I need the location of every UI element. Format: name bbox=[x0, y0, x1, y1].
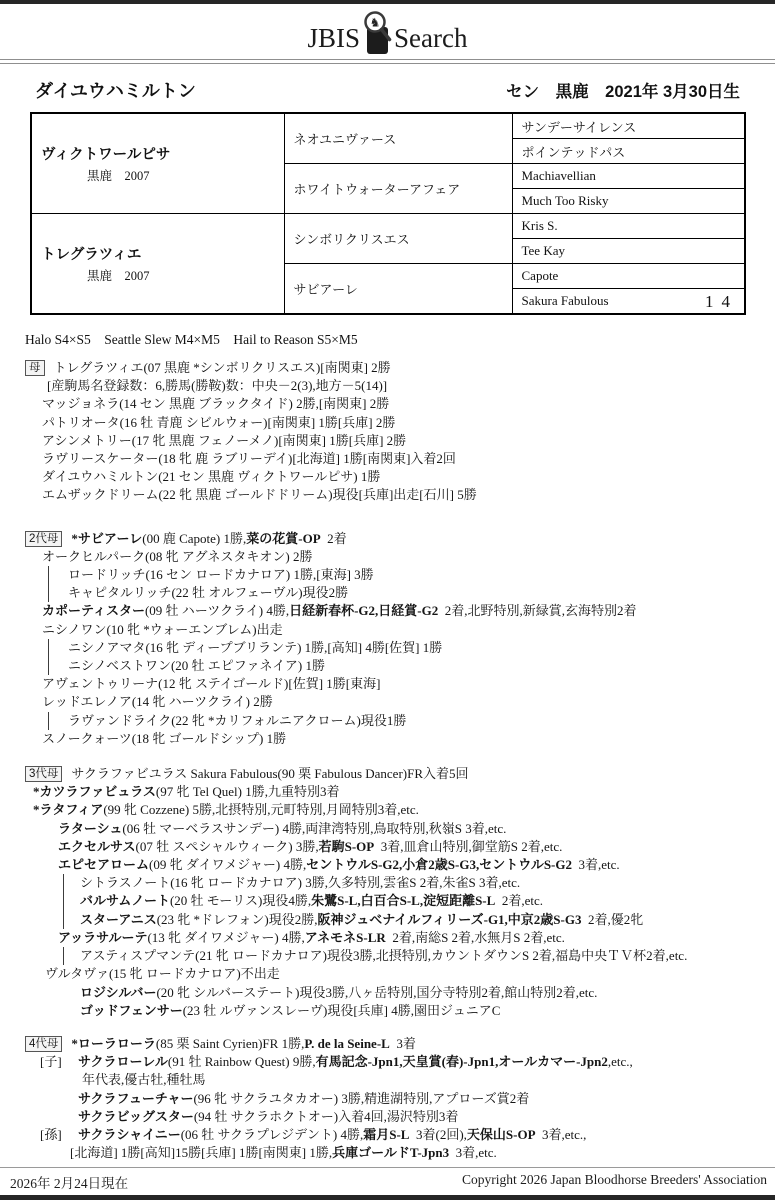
section-second-dam: 2代母*サビアーレ(00 鹿 Capote) 1勝,菜の花賞-OP 2着オークヒ… bbox=[0, 530, 775, 748]
section-fourth-dam: 4代母*ローラローラ(85 栗 Saint Cyrien)FR 1勝,P. de… bbox=[0, 1035, 775, 1162]
tree-rail bbox=[48, 639, 49, 657]
pedigree-cell-dam-dam-dam: Sakura Fabulous 14 bbox=[512, 289, 745, 315]
plain-text: (00 鹿 Capote) 1勝, bbox=[142, 531, 246, 546]
pedigree-cell-sire-dam-dam: Much Too Risky bbox=[512, 189, 745, 214]
generation-label: 4代母 bbox=[25, 1036, 62, 1052]
emphasized-text: エクセルサス bbox=[58, 839, 135, 854]
plain-text: (85 栗 Saint Cyrien)FR 1勝, bbox=[156, 1036, 304, 1051]
plain-text: ニシノアマタ(16 牝 ディープブリランテ) 1勝,[高知] 4勝[佐賀] 1勝 bbox=[68, 640, 442, 655]
bottom-rule-bar bbox=[0, 1195, 775, 1200]
pedigree-cell-dam: トレグラツィエ 黒鹿 2007 bbox=[31, 214, 284, 315]
plain-text: ダイユウハミルトン(21 セン 黒鹿 ヴィクトワールピサ) 1勝 bbox=[42, 469, 380, 484]
emphasized-text: 日経新春杯-G2,日経賞-G2 bbox=[289, 603, 438, 618]
pedigree-line: ロジシルバー(20 牝 シルバーステート)現役3勝,八ヶ岳特別,国分寺特別2着,… bbox=[0, 984, 775, 1002]
emphasized-text: 有馬記念-Jpn1,天皇賞(春)-Jpn1,オールカマー-Jpn2 bbox=[316, 1054, 608, 1069]
pedigree-line: スターアニス(23 牝 *ドレフォン)現役2勝,阪神ジュベナイルフィリーズ-G1… bbox=[0, 911, 775, 929]
emphasized-text: サクラビッグスター bbox=[78, 1109, 194, 1124]
relation-label: [孫] bbox=[40, 1126, 78, 1144]
pedigree-cell-sire-sire-dam: ポインテッドパス bbox=[512, 139, 745, 164]
plain-text: 3着,etc. bbox=[572, 857, 620, 872]
plain-text: トレグラツィエ(07 黒鹿 *シンボリクリスエス)[南関東] 2勝 bbox=[54, 360, 391, 375]
plain-text: (23 牡 ルヴァンスレーヴ)現役[兵庫] 4勝,園田ジュニアC bbox=[183, 1003, 501, 1018]
pedigree-line: ラターシュ(06 牡 マーベラスサンデー) 4勝,両津湾特別,鳥取特別,秋嶺S … bbox=[0, 820, 775, 838]
pedigree-line: エムザックドリーム(22 牝 黒鹿 ゴールドドリーム)現役[兵庫]出走[石川] … bbox=[0, 486, 775, 504]
pedigree-line: アスティスプマンテ(21 牝 ロードカナロア)現役3勝,北摂特別,カウントダウン… bbox=[0, 947, 775, 965]
pedigree-line: 母トレグラツィエ(07 黒鹿 *シンボリクリスエス)[南関東] 2勝 bbox=[0, 359, 775, 377]
pedigree-line: オークヒルパーク(08 牝 アグネスタキオン) 2勝 bbox=[0, 548, 775, 566]
emphasized-text: 霜月S-L bbox=[363, 1127, 409, 1142]
plain-text: 2着 bbox=[321, 531, 347, 546]
pedigree-line: ダイユウハミルトン(21 セン 黒鹿 ヴィクトワールピサ) 1勝 bbox=[0, 468, 775, 486]
plain-text: 3着,皿倉山特別,御堂筋S 2着,etc. bbox=[374, 839, 562, 854]
section-dam: 母トレグラツィエ(07 黒鹿 *シンボリクリスエス)[南関東] 2勝[産駒馬名登… bbox=[0, 359, 775, 505]
tree-rail bbox=[48, 566, 49, 584]
pedigree-line: ラヴリースケーター(18 牝 鹿 ラブリーデイ)[北海道] 1勝[南関東]入着2… bbox=[0, 450, 775, 468]
pedigree-line: キャピタルリッチ(22 牡 オルフェーヴル)現役2勝 bbox=[0, 584, 775, 602]
emphasized-text: エピセアローム bbox=[58, 857, 149, 872]
descendants: 母トレグラツィエ(07 黒鹿 *シンボリクリスエス)[南関東] 2勝[産駒馬名登… bbox=[0, 359, 775, 1162]
emphasized-text: 兵庫ゴールドT-Jpn3 bbox=[332, 1145, 449, 1160]
plain-text: (06 牡 サクラプレジデント) 4勝, bbox=[181, 1127, 364, 1142]
emphasized-text: 朱鷺S-L,白百合S-L,淀短距離S-L bbox=[311, 893, 495, 908]
pedigree-cell-dam-sire: シンボリクリスエス bbox=[284, 214, 512, 264]
pedigree-line: エピセアローム(09 牝 ダイワメジャー) 4勝,セントウルS-G2,小倉2歳S… bbox=[0, 856, 775, 874]
plain-text: サクラファビユラス Sakura Fabulous(90 栗 Fabulous … bbox=[71, 766, 468, 781]
plain-text: シトラスノート(16 牝 ロードカナロア) 3勝,久多特別,雲雀S 2着,朱雀S… bbox=[80, 875, 520, 890]
pedigree-line: ゴッドフェンサー(23 牡 ルヴァンスレーヴ)現役[兵庫] 4勝,園田ジュニアC bbox=[0, 1002, 775, 1020]
pedigree-line: レッドエレノア(14 牝 ハーツクライ) 2勝 bbox=[0, 693, 775, 711]
plain-text: (06 牡 マーベラスサンデー) 4勝,両津湾特別,鳥取特別,秋嶺S 3着,et… bbox=[122, 821, 506, 836]
plain-text: アヴェントゥリーナ(12 牝 ステイゴールド)[佐賀] 1勝[東海] bbox=[42, 676, 380, 691]
pedigree-line: バルサムノート(20 牡 モーリス)現役4勝,朱鷺S-L,白百合S-L,淀短距離… bbox=[0, 892, 775, 910]
emphasized-text: セントウルS-G2,小倉2歳S-G3,セントウルS-G2 bbox=[306, 857, 572, 872]
plain-text: 2着,北野特別,新緑賞,玄海特別2着 bbox=[438, 603, 636, 618]
pedigree-line: 年代表,優古牡,種牡馬 bbox=[0, 1071, 775, 1089]
plain-text: スノークォーツ(18 牝 ゴールドシップ) 1勝 bbox=[42, 731, 286, 746]
pedigree-line: アッラサルーテ(13 牝 ダイワメジャー) 4勝,アネモネS-LR 2着,南総S… bbox=[0, 929, 775, 947]
pedigree-line: ロードリッチ(16 セン ロードカナロア) 1勝,[東海] 3勝 bbox=[0, 566, 775, 584]
pedigree-line: ラヴァンドライク(22 牝 *カリフォルニアクローム)現役1勝 bbox=[0, 712, 775, 730]
pedigree-cell-dam-dam-sire: Capote bbox=[512, 264, 745, 289]
plain-text: キャピタルリッチ(22 牡 オルフェーヴル)現役2勝 bbox=[68, 585, 348, 600]
pedigree-line: ニシノアマタ(16 牝 ディープブリランテ) 1勝,[高知] 4勝[佐賀] 1勝 bbox=[0, 639, 775, 657]
pedigree-line: *ラタフィア(99 牝 Cozzene) 5勝,北摂特別,元町特別,月岡特別3着… bbox=[0, 801, 775, 819]
emphasized-text: ゴッドフェンサー bbox=[80, 1003, 183, 1018]
emphasized-text: *カツラファビュラス bbox=[33, 784, 156, 799]
pedigree-line: サクラフューチャー(96 牝 サクラユタカオー) 3勝,精進湖特別,アプローズ賞… bbox=[0, 1090, 775, 1108]
pedigree-cell-sire-sire: ネオユニヴァース bbox=[284, 113, 512, 164]
plain-text: (13 牝 ダイワメジャー) 4勝, bbox=[147, 930, 304, 945]
plain-text: ラヴァンドライク(22 牝 *カリフォルニアクローム)現役1勝 bbox=[68, 713, 406, 728]
emphasized-text: P. de la Seine-L bbox=[304, 1036, 389, 1051]
page: { "header": { "logo_left": "JBIS", "logo… bbox=[0, 0, 775, 1200]
plain-text: オークヒルパーク(08 牝 アグネスタキオン) 2勝 bbox=[42, 549, 312, 564]
plain-text: レッドエレノア(14 牝 ハーツクライ) 2勝 bbox=[42, 694, 273, 709]
pedigree-line: カポーティスター(09 牡 ハーツクライ) 4勝,日経新春杯-G2,日経賞-G2… bbox=[0, 602, 775, 620]
pedigree-line: 4代母*ローラローラ(85 栗 Saint Cyrien)FR 1勝,P. de… bbox=[0, 1035, 775, 1053]
dam-dam-dam-name: Sakura Fabulous bbox=[522, 293, 609, 309]
plain-text: ヴルタヴァ(15 牝 ロードカナロア)不出走 bbox=[45, 966, 280, 981]
plain-text: (20 牡 モーリス)現役4勝, bbox=[170, 893, 311, 908]
plain-text: 3着 bbox=[390, 1036, 416, 1051]
plain-text: ,etc., bbox=[608, 1054, 633, 1069]
horse-header: ダイユウハミルトン セン 黒鹿 2021年 3月30日生 bbox=[35, 77, 740, 103]
emphasized-text: *サビアーレ bbox=[71, 531, 142, 546]
pedigree-cell-dam-sire-sire: Kris S. bbox=[512, 214, 745, 239]
plain-text: マッジョネラ(14 セン 黒鹿 ブラックタイド) 2勝,[南関東] 2勝 bbox=[42, 396, 389, 411]
logo-text-search: Search bbox=[394, 25, 467, 56]
pedigree-line: ニシノワン(10 牝 *ウォーエンブレム)出走 bbox=[0, 621, 775, 639]
plain-text: [産駒馬名登録数：6,勝馬(勝鞍)数：中央－2(3),地方－5(14)] bbox=[47, 378, 387, 393]
horse-sex-color-birthdate: セン 黒鹿 2021年 3月30日生 bbox=[506, 78, 740, 102]
tree-rail bbox=[48, 657, 49, 675]
pedigree-line: 2代母*サビアーレ(00 鹿 Capote) 1勝,菜の花賞-OP 2着 bbox=[0, 530, 775, 548]
pedigree-line: サクラビッグスター(94 牡 サクラホクトオー)入着4回,湯沢特別3着 bbox=[0, 1108, 775, 1126]
pedigree-cell-sire-dam-sire: Machiavellian bbox=[512, 164, 745, 189]
pedigree-cell-sire-sire-sire: サンデーサイレンス bbox=[512, 113, 745, 139]
tree-rail bbox=[48, 584, 49, 602]
plain-text: (97 牝 Tel Quel) 1勝,九重特別3着 bbox=[156, 784, 340, 799]
emphasized-text: ラターシュ bbox=[58, 821, 122, 836]
pedigree-table: ヴィクトワールピサ 黒鹿 2007 ネオユニヴァース サンデーサイレンス ポイン… bbox=[30, 112, 746, 315]
svg-text:♞: ♞ bbox=[370, 16, 381, 30]
copyright-text: Copyright 2026 Japan Bloodhorse Breeders… bbox=[462, 1172, 767, 1192]
dam-name: トレグラツィエ bbox=[41, 243, 280, 264]
plain-text: 3着(2回), bbox=[409, 1127, 466, 1142]
plain-text: (20 牝 シルバーステート)現役3勝,八ヶ岳特別,国分寺特別2着,館山特別2着… bbox=[156, 985, 597, 1000]
pedigree-line: ニシノベストワン(20 牡 エピファネイア) 1勝 bbox=[0, 657, 775, 675]
sire-name: ヴィクトワールピサ bbox=[41, 143, 280, 164]
pedigree-line: アシンメトリー(17 牝 黒鹿 フェノーメノ)[南関東] 1勝[兵庫] 2勝 bbox=[0, 432, 775, 450]
pedigree-line: [子]サクラローレル(91 牡 Rainbow Quest) 9勝,有馬記念-J… bbox=[0, 1053, 775, 1071]
emphasized-text: カポーティスター bbox=[42, 603, 145, 618]
pedigree-line: エクセルサス(07 牡 スペシャルウィーク) 3勝,若駒S-OP 3着,皿倉山特… bbox=[0, 838, 775, 856]
plain-text: エムザックドリーム(22 牝 黒鹿 ゴールドドリーム)現役[兵庫]出走[石川] … bbox=[42, 487, 477, 502]
plain-text: (99 牝 Cozzene) 5勝,北摂特別,元町特別,月岡特別3着,etc. bbox=[103, 802, 419, 817]
plain-text: (09 牝 ダイワメジャー) 4勝, bbox=[149, 857, 306, 872]
plain-text: 3着,etc., bbox=[536, 1127, 587, 1142]
top-rule-bar bbox=[0, 0, 775, 4]
pedigree-cell-sire: ヴィクトワールピサ 黒鹿 2007 bbox=[31, 113, 284, 214]
plain-text: (23 牝 *ドレフォン)現役2勝, bbox=[157, 912, 318, 927]
sire-detail: 黒鹿 2007 bbox=[41, 166, 280, 184]
plain-text: (07 牡 スペシャルウィーク) 3勝, bbox=[135, 839, 318, 854]
plain-text: 3着,etc. bbox=[449, 1145, 497, 1160]
tree-rail bbox=[63, 874, 64, 892]
tree-rail bbox=[48, 712, 49, 730]
pedigree-line: *カツラファビュラス(97 牝 Tel Quel) 1勝,九重特別3着 bbox=[0, 783, 775, 801]
plain-text: (09 牡 ハーツクライ) 4勝, bbox=[145, 603, 289, 618]
pedigree-line: パトリオータ(16 牡 青鹿 シビルウォー)[南関東] 1勝[兵庫] 2勝 bbox=[0, 414, 775, 432]
section-third-dam: 3代母サクラファビユラス Sakura Fabulous(90 栗 Fabulo… bbox=[0, 765, 775, 1020]
emphasized-text: サクラフューチャー bbox=[78, 1091, 193, 1106]
tree-rail bbox=[63, 911, 64, 929]
pedigree-line: アヴェントゥリーナ(12 牝 ステイゴールド)[佐賀] 1勝[東海] bbox=[0, 675, 775, 693]
pedigree-cell-dam-sire-dam: Tee Kay bbox=[512, 239, 745, 264]
pedigree-line: マッジョネラ(14 セン 黒鹿 ブラックタイド) 2勝,[南関東] 2勝 bbox=[0, 395, 775, 413]
emphasized-text: ロジシルバー bbox=[80, 985, 156, 1000]
jbis-search-logo: JBIS ♞ Search bbox=[0, 8, 775, 56]
plain-text: ラヴリースケーター(18 牝 鹿 ラブリーデイ)[北海道] 1勝[南関東]入着2… bbox=[42, 451, 456, 466]
plain-text: ニシノベストワン(20 牡 エピファネイア) 1勝 bbox=[68, 658, 325, 673]
pedigree-line: 3代母サクラファビユラス Sakura Fabulous(90 栗 Fabulo… bbox=[0, 765, 775, 783]
tree-rail bbox=[63, 892, 64, 910]
emphasized-text: サクラシャイニー bbox=[78, 1127, 181, 1142]
pedigree-line: [産駒馬名登録数：6,勝馬(勝鞍)数：中央－2(3),地方－5(14)] bbox=[0, 377, 775, 395]
emphasized-text: *ラタフィア bbox=[33, 802, 103, 817]
as-of-date: 2026年 2月24日現在 bbox=[10, 1172, 128, 1192]
plain-text: パトリオータ(16 牡 青鹿 シビルウォー)[南関東] 1勝[兵庫] 2勝 bbox=[42, 415, 395, 430]
generation-label: 母 bbox=[25, 360, 45, 376]
pedigree-line: [孫]サクラシャイニー(06 牡 サクラプレジデント) 4勝,霜月S-L 3着(… bbox=[0, 1126, 775, 1144]
horse-name: ダイユウハミルトン bbox=[35, 77, 196, 103]
pedigree-line: シトラスノート(16 牝 ロードカナロア) 3勝,久多特別,雲雀S 2着,朱雀S… bbox=[0, 874, 775, 892]
family-number: 14 bbox=[705, 293, 738, 310]
dam-detail: 黒鹿 2007 bbox=[41, 266, 280, 284]
plain-text: ニシノワン(10 牝 *ウォーエンブレム)出走 bbox=[42, 622, 283, 637]
plain-text: アスティスプマンテ(21 牝 ロードカナロア)現役3勝,北摂特別,カウントダウン… bbox=[80, 948, 687, 963]
generation-label: 3代母 bbox=[25, 766, 62, 782]
emphasized-text: *ローラローラ bbox=[71, 1036, 156, 1051]
jbis-logo-magnifier-icon: ♞ bbox=[361, 10, 393, 56]
plain-text: アシンメトリー(17 牝 黒鹿 フェノーメノ)[南関東] 1勝[兵庫] 2勝 bbox=[42, 433, 406, 448]
emphasized-text: 若駒S-OP bbox=[319, 839, 375, 854]
tree-rail bbox=[63, 947, 64, 965]
page-footer: 2026年 2月24日現在 Copyright 2026 Japan Blood… bbox=[0, 1167, 775, 1195]
generation-label: 2代母 bbox=[25, 531, 62, 547]
header-double-rule bbox=[0, 59, 775, 64]
emphasized-text: アネモネS-LR bbox=[305, 930, 386, 945]
plain-text: ロードリッチ(16 セン ロードカナロア) 1勝,[東海] 3勝 bbox=[68, 567, 374, 582]
emphasized-text: 菜の花賞-OP bbox=[246, 531, 320, 546]
logo-text-jbis: JBIS bbox=[308, 25, 361, 56]
emphasized-text: スターアニス bbox=[80, 912, 157, 927]
pedigree-cell-dam-dam: サビアーレ bbox=[284, 264, 512, 315]
pedigree-cell-sire-dam: ホワイトウォーターアフェア bbox=[284, 164, 512, 214]
plain-text: (91 牡 Rainbow Quest) 9勝, bbox=[168, 1054, 316, 1069]
pedigree-line: ヴルタヴァ(15 牝 ロードカナロア)不出走 bbox=[0, 965, 775, 983]
plain-text: [北海道] 1勝[高知]15勝[兵庫] 1勝[南関東] 1勝, bbox=[70, 1145, 332, 1160]
plain-text: 2着,南総S 2着,水無月S 2着,etc. bbox=[386, 930, 565, 945]
emphasized-text: バルサムノート bbox=[80, 893, 170, 908]
relation-label: [子] bbox=[40, 1053, 78, 1071]
emphasized-text: サクラローレル bbox=[78, 1054, 168, 1069]
emphasized-text: 阪神ジュベナイルフィリーズ-G1,中京2歳S-G3 bbox=[317, 912, 581, 927]
plain-text: (94 牡 サクラホクトオー)入着4回,湯沢特別3着 bbox=[194, 1109, 459, 1124]
emphasized-text: 天保山S-OP bbox=[467, 1127, 536, 1142]
plain-text: 2着,優2牝 bbox=[581, 912, 643, 927]
inbreeding-line: Halo S4×S5 Seattle Slew M4×M5 Hail to Re… bbox=[25, 328, 775, 348]
plain-text: 2着,etc. bbox=[495, 893, 543, 908]
plain-text: (96 牝 サクラユタカオー) 3勝,精進湖特別,アプローズ賞2着 bbox=[193, 1091, 529, 1106]
plain-text: 年代表,優古牡,種牡馬 bbox=[82, 1072, 206, 1087]
pedigree-line: [北海道] 1勝[高知]15勝[兵庫] 1勝[南関東] 1勝,兵庫ゴールドT-J… bbox=[0, 1144, 775, 1162]
pedigree-line: スノークォーツ(18 牝 ゴールドシップ) 1勝 bbox=[0, 730, 775, 748]
emphasized-text: アッラサルーテ bbox=[58, 930, 147, 945]
